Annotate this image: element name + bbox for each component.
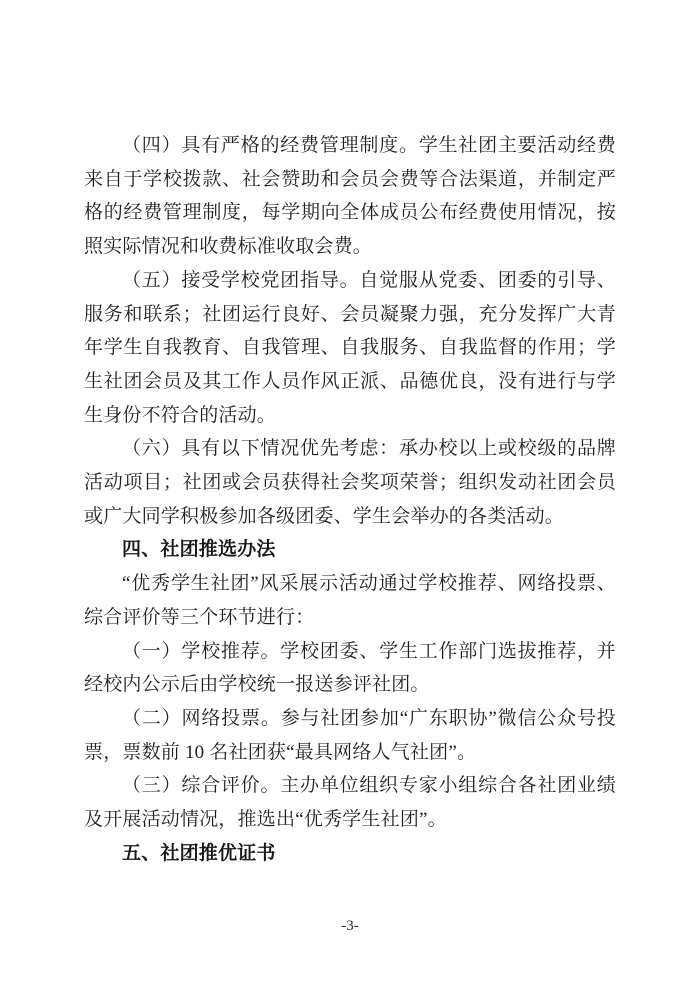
document-body: （四）具有严格的经费管理制度。学生社团主要活动经费来自于学校拨款、社会赞助和会员… (84, 129, 616, 870)
paragraph-step-3-comprehensive-evaluation: （三）综合评价。主办单位组织专家小组综合各社团业绩及开展活动情况，推选出“优秀学… (84, 769, 616, 836)
section-heading-selection-method: 四、社团推选办法 (84, 533, 616, 567)
paragraph-item-4-funding: （四）具有严格的经费管理制度。学生社团主要活动经费来自于学校拨款、社会赞助和会员… (84, 129, 616, 264)
section-heading-certificate: 五、社团推优证书 (84, 837, 616, 871)
document-page: （四）具有严格的经费管理制度。学生社团主要活动经费来自于学校拨款、社会赞助和会员… (0, 0, 700, 990)
paragraph-step-2-online-voting: （二）网络投票。参与社团参加“广东职协”微信公众号投票，票数前 10 名社团获“… (84, 702, 616, 769)
paragraph-selection-intro: “优秀学生社团”风采展示活动通过学校推荐、网络投票、综合评价等三个环节进行： (84, 567, 616, 634)
page-number: -3- (0, 916, 700, 936)
paragraph-step-1-school-recommendation: （一）学校推荐。学校团委、学生工作部门选拔推荐，并经校内公示后由学校统一报送参评… (84, 635, 616, 702)
paragraph-item-6-priority: （六）具有以下情况优先考虑：承办校以上或校级的品牌活动项目；社团或会员获得社会奖… (84, 432, 616, 533)
paragraph-item-5-party-guidance: （五）接受学校党团指导。自觉服从党委、团委的引导、服务和联系；社团运行良好、会员… (84, 264, 616, 433)
